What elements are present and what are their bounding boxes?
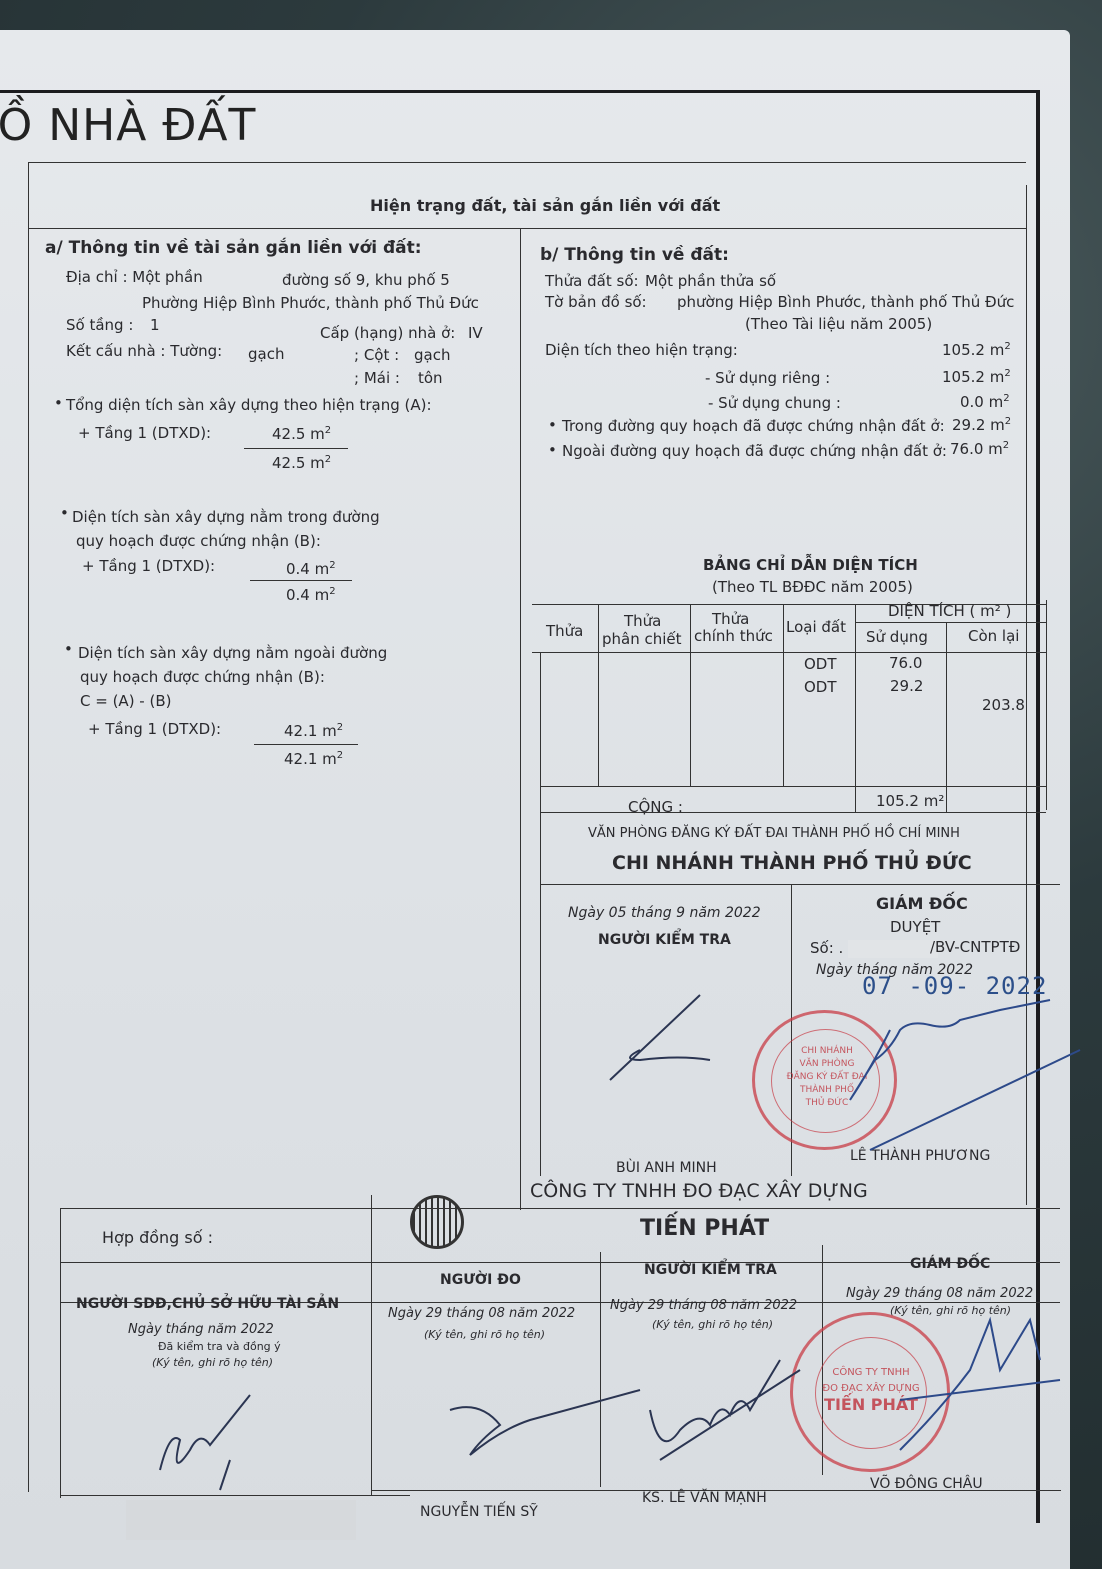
company-director-signature [880,1310,1060,1470]
table-line [60,1208,1060,1209]
outside-label-1: Diện tích sàn xây dựng nằm ngoài đường [78,644,387,662]
address-label: Địa chỉ : Một phần [66,268,203,286]
director-signature [780,990,1080,1190]
parcel-label: Thửa đất số: [545,272,639,290]
surveyor-role: NGƯỜI ĐO [440,1272,521,1288]
address-ward: Phường Hiệp Bình Phước, thành phố Thủ Đứ… [142,294,479,312]
bullet: • [548,441,557,459]
current-area-value: 105.2 m2 [942,341,1011,359]
number-suffix: /BV-CNTPTĐ [930,938,1020,956]
director-role: GIÁM ĐỐC [876,894,968,913]
table-line [540,884,1060,885]
company-logo-icon [410,1195,464,1249]
table-line [540,786,1046,787]
bullet: • [54,394,63,412]
inside-floor-label: + Tầng 1 (DTXD): [82,557,215,575]
map-value: phường Hiệp Bình Phước, thành phố Thủ Đứ… [677,293,1014,311]
col-land-type: Loại đất [786,618,846,636]
inspector-date: Ngày 05 tháng 9 năm 2022 [568,905,761,921]
shared-label: - Sử dụng chung : [708,394,841,412]
office-name: VĂN PHÒNG ĐĂNG KÝ ĐẤT ĐAI THÀNH PHỐ HỒ C… [588,826,960,841]
redacted-owner-name [126,1500,356,1540]
table-line [371,1195,372,1495]
col-official-1: Thửa [712,610,749,628]
document-title: ỒỒ NHÀ ĐẤT [0,100,256,151]
table-line [598,604,599,786]
roof-value: tôn [418,369,443,387]
table-line [690,604,691,786]
bullet: • [548,416,557,434]
map-source: (Theo Tài liệu năm 2005) [745,315,932,333]
checker-date: Ngày 29 tháng 08 năm 2022 [610,1298,797,1313]
land-info-heading: b/ Thông tin về đất: [540,245,729,265]
address-street: đường số 9, khu phố 5 [282,271,450,289]
col-official-2: chính thức [694,627,773,645]
approved-label: DUYỆT [890,918,940,936]
checker-role: NGƯỜI KIỂM TRA [644,1262,777,1278]
fraction-line [250,580,352,581]
col-split-1: Thửa [624,612,661,630]
company-director-name: VÕ ĐÔNG CHÂU [870,1476,983,1492]
inspector-role: NGƯỜI KIỂM TRA [598,932,731,948]
grade-value: IV [468,324,483,342]
total-floor-label: + Tầng 1 (DTXD): [78,424,211,442]
owner-signature [150,1390,270,1500]
table-line [60,1208,61,1498]
outside-plan-label: Ngoài đường quy hoạch đã được chứng nhận… [562,442,947,460]
table-border-top [28,162,1026,163]
company-name-line-2: TIẾN PHÁT [640,1216,769,1241]
bullet: • [64,640,73,658]
company-director-date: Ngày 29 tháng 08 năm 2022 [846,1286,1033,1301]
col-parcel: Thửa [546,622,583,640]
structure-label: Kết cấu nhà : Tường: [66,342,222,360]
private-label: - Sử dụng riêng : [705,369,830,387]
bullet: • [60,504,69,522]
table-line [855,622,1046,623]
outside-formula: C = (A) - (B) [80,692,172,710]
total-area-label: Tổng diện tích sàn xây dựng theo hiện tr… [66,396,432,414]
total-sum-value: 42.5 m2 [272,454,331,472]
table-line [783,604,784,786]
floors-label: Số tầng : [66,316,133,334]
remaining-value: 203.8 [982,696,1025,714]
redacted-number [848,940,938,958]
table-line [540,652,541,812]
row-1-used: 76.0 [889,654,922,672]
inside-floor-value: 0.4 m2 [286,560,336,578]
table-line [855,604,856,812]
col-remaining: Còn lại [968,627,1019,645]
inspector-name: BÙI ANH MINH [616,1160,717,1176]
surveyor-signature [440,1380,660,1470]
map-label: Tờ bản đồ số: [545,293,647,311]
current-area-label: Diện tích theo hiện trạng: [545,341,738,359]
company-director-role: GIÁM ĐỐC [910,1256,990,1272]
number-label: Số: . [810,939,843,957]
branch-name: CHI NHÁNH THÀNH PHỐ THỦ ĐỨC [612,852,972,874]
checker-signature [640,1350,800,1470]
outside-floor-value: 42.1 m2 [284,722,343,740]
fraction-line [244,448,348,449]
floors-value: 1 [150,316,160,334]
row-2-used: 29.2 [890,677,923,695]
column-value: gạch [414,346,450,364]
shared-value: 0.0 m2 [960,393,1010,411]
area-table-title: BẢNG CHỈ DẪN DIỆN TÍCH [703,556,918,574]
column-divider [520,228,521,1210]
total-value: 105.2 m² [876,792,944,810]
inside-plan-label: Trong đường quy hoạch đã được chứng nhận… [562,417,945,435]
col-used: Sử dụng [866,628,928,646]
inside-plan-value: 29.2 m2 [952,416,1011,434]
company-name-line-1: CÔNG TY TNHH ĐO ĐẠC XÂY DỰNG [530,1180,868,1202]
total-label: CỘNG : [628,798,683,816]
table-border-left [28,162,29,1492]
asset-info-heading: a/ Thông tin về tài sản gắn liền với đất… [45,238,422,258]
checker-instruction: (Ký tên, ghi rõ họ tên) [652,1318,773,1331]
contract-label: Hợp đồng số : [102,1228,213,1247]
owner-role: NGƯỜI SDĐ,CHỦ SỞ HỮU TÀI SẢN [76,1296,339,1312]
table-line [540,812,541,1176]
inside-sum-value: 0.4 m2 [286,586,336,604]
section-header: Hiện trạng đất, tài sản gắn liền với đất [370,196,720,215]
outside-plan-value: 76.0 m2 [950,440,1009,458]
col-split-2: phân chiết [602,630,682,648]
inspector-signature [600,990,800,1110]
checker-name: KS. LÊ VĂN MẠNH [642,1490,767,1506]
divider [28,228,1026,229]
col-area-group: DIỆN TÍCH ( m² ) [888,602,1011,620]
column-label: ; Cột : [354,346,399,364]
surveyor-date: Ngày 29 tháng 08 năm 2022 [388,1306,575,1321]
table-line [532,652,1046,653]
table-line [946,622,947,812]
table-line [540,812,1046,813]
outside-floor-label: + Tầng 1 (DTXD): [88,720,221,738]
surveyor-name: NGUYỄN TIẾN SỸ [420,1504,538,1520]
private-value: 105.2 m2 [942,368,1011,386]
row-2-land-type: ODT [804,678,837,696]
owner-date: Ngày tháng năm 2022 [128,1322,274,1337]
outside-label-2: quy hoạch được chứng nhận (B): [80,668,325,686]
surveyor-instruction: (Ký tên, ghi rõ họ tên) [424,1328,545,1341]
outside-sum-value: 42.1 m2 [284,750,343,768]
total-floor-value: 42.5 m2 [272,425,331,443]
roof-label: ; Mái : [354,369,400,387]
area-table-subtitle: (Theo TL BĐĐC năm 2005) [712,578,913,596]
parcel-value: Một phần thửa số [645,272,776,290]
inside-label-2: quy hoạch được chứng nhận (B): [76,532,321,550]
grade-label: Cấp (hạng) nhà ở: [320,324,455,342]
inside-label-1: Diện tích sàn xây dựng nằm trong đường [72,508,380,526]
row-1-land-type: ODT [804,655,837,673]
fraction-line [254,744,358,745]
table-line [1046,600,1047,810]
owner-instruction: (Ký tên, ghi rõ họ tên) [152,1356,273,1369]
owner-note: Đã kiểm tra và đồng ý [158,1340,281,1353]
wall-value: gạch [248,345,284,363]
